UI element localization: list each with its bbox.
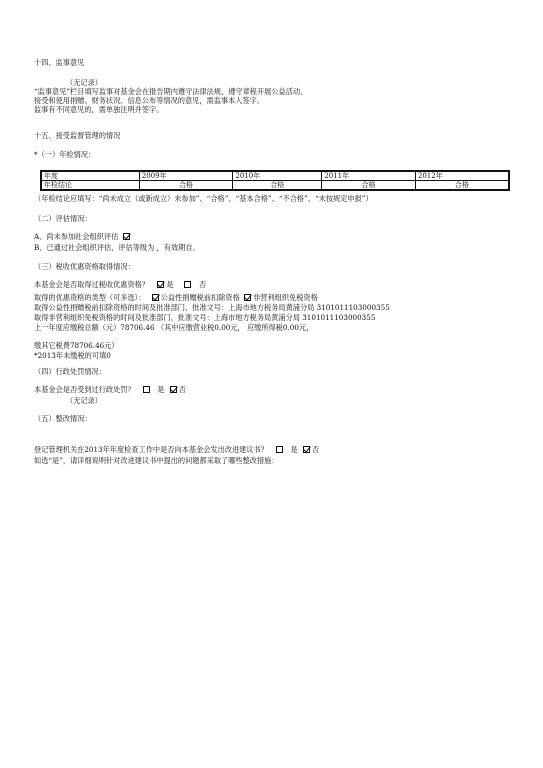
penalty-question: 本基金会是否受到过行政处罚？ 是 否 xyxy=(34,385,186,394)
evaluation-option-a: A、尚未参加社会组织评估 xyxy=(34,232,132,241)
result-cell: 合格 xyxy=(415,181,509,191)
tax-total-line: 上一年度应缴税总额（元）78706.46 （其中应缴营业税0.00元， 应缴所得… xyxy=(34,323,313,332)
tax-type1-label: 公益性捐赠税前扣除资格 xyxy=(161,293,240,302)
annual-check-table: 年度 2009年 2010年 2011年 2012年 年检结论 合格 合格 合格… xyxy=(40,170,510,191)
section-14-note-2: 接受和使用捐赠、财务状况、信息公布等情况的意见，需监事本人签字。 xyxy=(34,96,264,105)
annual-check-heading: *（一）年检情况： xyxy=(34,150,95,159)
tax-no-label: 否 xyxy=(199,280,206,289)
evaluation-option-b: B、已通过社会组织评估，评估等级为 ，有效期自。 xyxy=(34,243,200,252)
evaluation-option-a-label: A、尚未参加社会组织评估 xyxy=(34,232,118,241)
rectification-no-label: 否 xyxy=(312,445,319,454)
tax-question: 本基金会是否取得过税收优惠资格？ 是 否 xyxy=(34,280,206,289)
annual-check-note: （年检结论应填写：“尚未成立（或新成立）未参加”、“合格”、“基本合格”、“不合… xyxy=(34,194,373,203)
penalty-yes-label: 是 xyxy=(157,385,164,394)
table-header-year: 年度 xyxy=(41,171,139,181)
tax-types-label: 取得的优惠资格的类型（可多选）： xyxy=(34,293,145,302)
rectification-question: 登记管理机关在2013年年度检查工作中是否向本基金会发出改进建议书？ 是 否 xyxy=(34,445,319,454)
tax-question-label: 本基金会是否取得过税收优惠资格？ xyxy=(34,280,149,289)
table-row-result: 年检结论 合格 合格 合格 合格 xyxy=(41,181,509,191)
tax-types: 取得的优惠资格的类型（可多选）： 公益性捐赠税前扣除资格 非营利组织免税资格 xyxy=(34,293,318,302)
tax-no-checkbox[interactable] xyxy=(184,281,191,288)
table-header-result: 年检结论 xyxy=(41,181,139,191)
penalty-no-label: 否 xyxy=(179,385,186,394)
evaluation-option-a-checkbox[interactable] xyxy=(123,233,130,240)
penalty-no-checkbox[interactable] xyxy=(170,386,177,393)
tax-yes-checkbox[interactable] xyxy=(157,281,164,288)
penalty-no-record: （无记录） xyxy=(66,396,102,405)
penalty-question-label: 本基金会是否受到过行政处罚？ xyxy=(34,385,135,394)
year-cell: 2011年 xyxy=(322,171,416,181)
section-14-no-record: （无记录） xyxy=(66,78,102,87)
rectification-no-checkbox[interactable] xyxy=(303,446,310,453)
section-14-title: 十四、监事意见 xyxy=(34,58,84,67)
rectification-heading: （五）整改情况： xyxy=(34,414,92,423)
tax-other-line: 缴其它税费78706.46元） xyxy=(34,341,119,350)
section-14-note-1: “监事意见”栏目填写监事对基金会在报告期内遵守法律法规、遵守章程开展公益活动、 xyxy=(34,87,307,96)
penalty-yes-checkbox[interactable] xyxy=(143,386,150,393)
tax-type1-checkbox[interactable] xyxy=(152,294,159,301)
section-14-note-3: 监事有不同意见的，需单独注明并签字。 xyxy=(34,105,163,114)
year-cell: 2012年 xyxy=(415,171,509,181)
tax-heading: （三）税收优惠资格取得情况： xyxy=(34,262,135,271)
tax-yes-label: 是 xyxy=(166,280,173,289)
rectification-yes-label: 是 xyxy=(291,445,298,454)
section-15-title: 十五、接受监督管理的情况 xyxy=(34,131,120,140)
result-cell: 合格 xyxy=(322,181,416,191)
rectification-question-label: 登记管理机关在2013年年度检查工作中是否向本基金会发出改进建议书？ xyxy=(34,445,268,454)
tax-pretax-line: 取得公益性捐赠税前扣除资格的时间及批准部门、批准文号：上海市地方税务局黄浦分局 … xyxy=(34,303,390,312)
evaluation-heading: （二）评估情况： xyxy=(34,214,92,223)
result-cell: 合格 xyxy=(139,181,233,191)
tax-type2-label: 非营利组织免税资格 xyxy=(253,293,318,302)
year-cell: 2010年 xyxy=(233,171,322,181)
tax-note-line: *2013年未缴税的可填0 xyxy=(34,351,111,360)
penalty-heading: （四）行政处罚情况： xyxy=(34,367,106,376)
tax-exempt-line: 取得非营利组织免税资格的时间及批准部门、批准文号：上海市地方税务局黄浦分局 31… xyxy=(34,313,375,322)
year-cell: 2009年 xyxy=(139,171,233,181)
result-cell: 合格 xyxy=(233,181,322,191)
rectification-yes-checkbox[interactable] xyxy=(276,446,283,453)
table-row-year: 年度 2009年 2010年 2011年 2012年 xyxy=(41,171,509,181)
rectification-followup: 如选“是”，请详细说明针对改进建议书中提出的问题都采取了哪些整改措施： xyxy=(34,456,279,465)
tax-type2-checkbox[interactable] xyxy=(244,294,251,301)
